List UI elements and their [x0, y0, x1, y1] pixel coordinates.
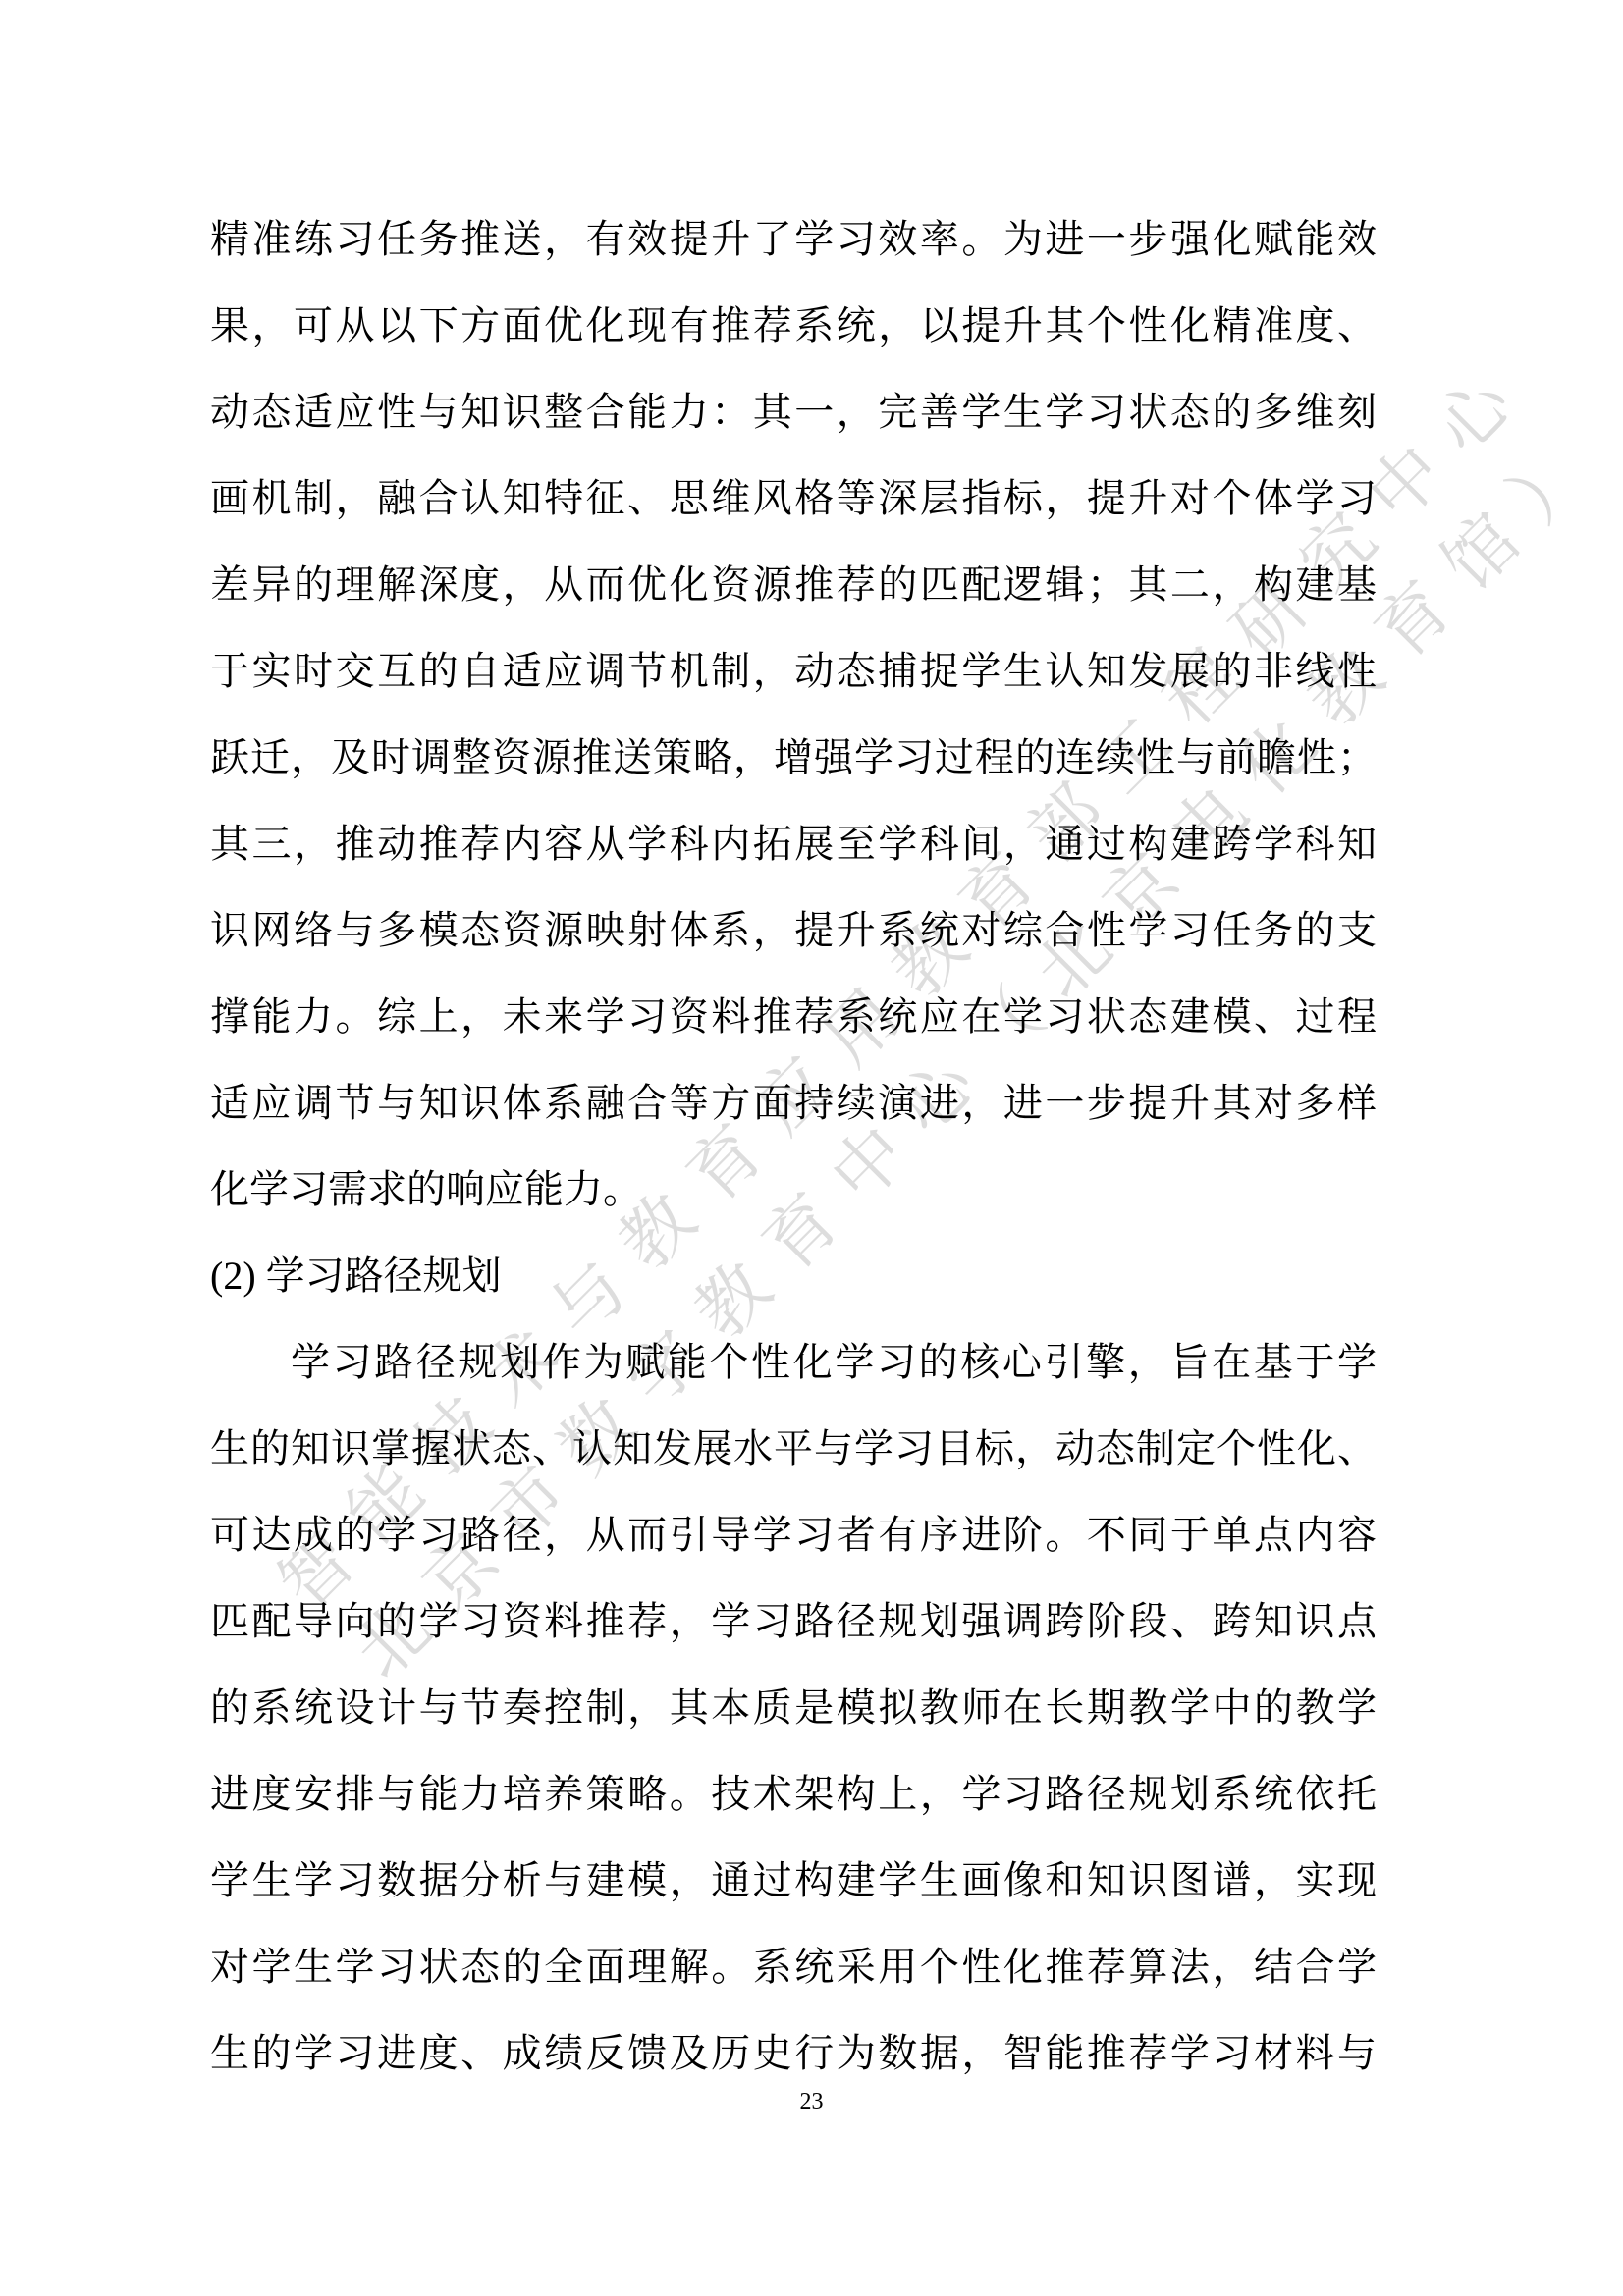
body-line: 化学习需求的响应能力。	[210, 1147, 1377, 1233]
page-footer: 23	[0, 2087, 1623, 2116]
body-line: 精准练习任务推送，有效提升了学习效率。为进一步强化赋能效	[210, 196, 1377, 283]
body-line: 进度安排与能力培养策略。技术架构上，学习路径规划系统依托	[210, 1751, 1377, 1838]
body-line: 学习路径规划作为赋能个性化学习的核心引擎，旨在基于学	[210, 1319, 1377, 1406]
body-line: 动态适应性与知识整合能力：其一，完善学生学习状态的多维刻	[210, 369, 1377, 455]
body-line: 匹配导向的学习资料推荐，学习路径规划强调跨阶段、跨知识点	[210, 1578, 1377, 1665]
body-line: 于实时交互的自适应调节机制，动态捕捉学生认知发展的非线性	[210, 628, 1377, 715]
section-heading: (2) 学习路径规划	[210, 1233, 1377, 1319]
body-line: 生的知识掌握状态、认知发展水平与学习目标，动态制定个性化、	[210, 1406, 1377, 1492]
body-line: 的系统设计与节奏控制，其本质是模拟教师在长期教学中的教学	[210, 1665, 1377, 1751]
body-line: 其三，推动推荐内容从学科内拓展至学科间，通过构建跨学科知	[210, 801, 1377, 887]
body-line: 差异的理解深度，从而优化资源推荐的匹配逻辑；其二，构建基	[210, 542, 1377, 628]
body-line: 生的学习进度、成绩反馈及历史行为数据，智能推荐学习材料与	[210, 2010, 1377, 2097]
body-line: 果，可从以下方面优化现有推荐系统，以提升其个性化精准度、	[210, 283, 1377, 369]
text-block: 精准练习任务推送，有效提升了学习效率。为进一步强化赋能效 果，可从以下方面优化现…	[210, 196, 1377, 2097]
body-line: 学生学习数据分析与建模，通过构建学生画像和知识图谱，实现	[210, 1838, 1377, 1924]
body-line: 对学生学习状态的全面理解。系统采用个性化推荐算法，结合学	[210, 1924, 1377, 2010]
body-line: 识网络与多模态资源映射体系，提升系统对综合性学习任务的支	[210, 887, 1377, 974]
body-line: 适应调节与知识体系融合等方面持续演进，进一步提升其对多样	[210, 1060, 1377, 1147]
body-line: 跃迁，及时调整资源推送策略，增强学习过程的连续性与前瞻性；	[210, 715, 1377, 801]
body-line: 可达成的学习路径，从而引导学习者有序进阶。不同于单点内容	[210, 1492, 1377, 1578]
page-number: 23	[800, 2089, 824, 2114]
document-page: 智能技术与教育应用教育部工程研究中心 北京市数字教育中心（北京电化教育馆） 精准…	[0, 0, 1623, 2296]
body-line: 画机制，融合认知特征、思维风格等深层指标，提升对个体学习	[210, 455, 1377, 542]
body-line: 撑能力。综上，未来学习资料推荐系统应在学习状态建模、过程	[210, 974, 1377, 1060]
